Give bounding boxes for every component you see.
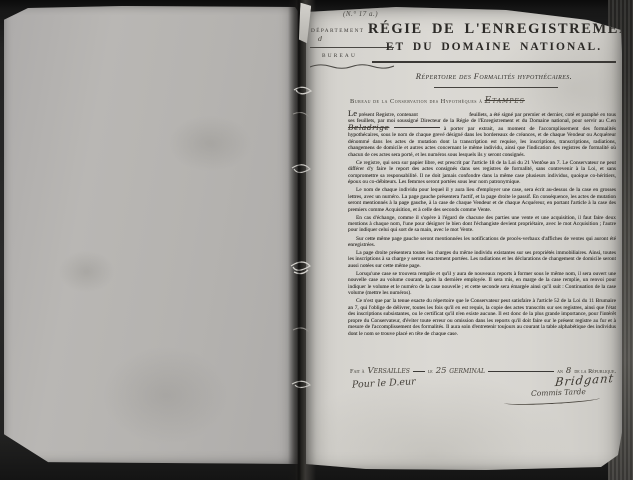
conservation-bureau-line: Bureau de la Conservation des Hypothèque… [350, 96, 614, 106]
wavy-rule-icon [310, 63, 394, 70]
handwritten-date: 25 germinal [436, 366, 485, 376]
document-subtitle: Répertoire des Formalités hypothécaires. [368, 71, 620, 81]
form-instructions-text: Le présent Registre, contenant feuillets… [348, 110, 616, 339]
body-paragraph-8: Ce n'est que par la tenue exacte du répe… [348, 298, 616, 337]
left-blank-page [4, 6, 298, 464]
short-dash [413, 371, 425, 372]
title-rule [372, 61, 616, 63]
book-scan: (N.° 17 a.) DÉPARTEMENT d BUREAU RÉGIE D… [0, 0, 633, 480]
long-filler-dash [488, 371, 554, 372]
paragraph1-lead-word: Le [348, 108, 357, 118]
signature-flourish [504, 394, 600, 406]
bureau-label: BUREAU [309, 53, 401, 59]
body-paragraph-1: Le présent Registre, contenant feuillets… [348, 110, 616, 158]
conservation-bureau-handwritten: Etampes [485, 96, 525, 106]
body-paragraph-5: Sur cette même page gauche seront mentio… [348, 236, 616, 249]
filler-dash [394, 127, 440, 128]
document-title: RÉGIE DE L'ENREGISTREMENT ET DU DOMAINE … [368, 21, 620, 53]
title-line-2: ET DU DOMAINE NATIONAL. [368, 41, 620, 53]
handwritten-pour-le-directeur: Pour le D.eur [352, 376, 416, 390]
binding-threads-icon [286, 0, 316, 480]
body-paragraph-6: La page droite présentera toutes les cha… [348, 250, 616, 269]
le-label: le [428, 368, 433, 375]
body-paragraph-2: Ce registre, qui sera sur papier libre, … [348, 160, 616, 186]
form-sheet-number: (N.° 17 a.) [343, 10, 378, 18]
body-paragraph-7: Lorsqu'une case se trouvera remplie et q… [348, 271, 616, 297]
body-paragraph-4: En cas d'échange, comme il s'opère à l'é… [348, 215, 616, 234]
handwritten-place: Versailles [368, 366, 410, 376]
title-line-1: RÉGIE DE L'ENREGISTREMENT [368, 21, 620, 38]
fait-a-label: Fait à [350, 368, 365, 375]
signature-block: Fait à Versailles le 25 germinal an 8 de… [350, 366, 616, 418]
subtitle-rule [434, 87, 558, 88]
conservation-bureau-printed: Bureau de la Conservation des Hypothèque… [350, 98, 483, 105]
paragraph1-part-c: à porter par extrait, au moment de l'acc… [348, 126, 616, 158]
body-paragraph-3: Le nom de chaque individu pour lequel il… [348, 187, 616, 213]
printed-form-page: (N.° 17 a.) DÉPARTEMENT d BUREAU RÉGIE D… [306, 4, 622, 474]
handwritten-citizen-name: Beladrige [348, 123, 389, 132]
